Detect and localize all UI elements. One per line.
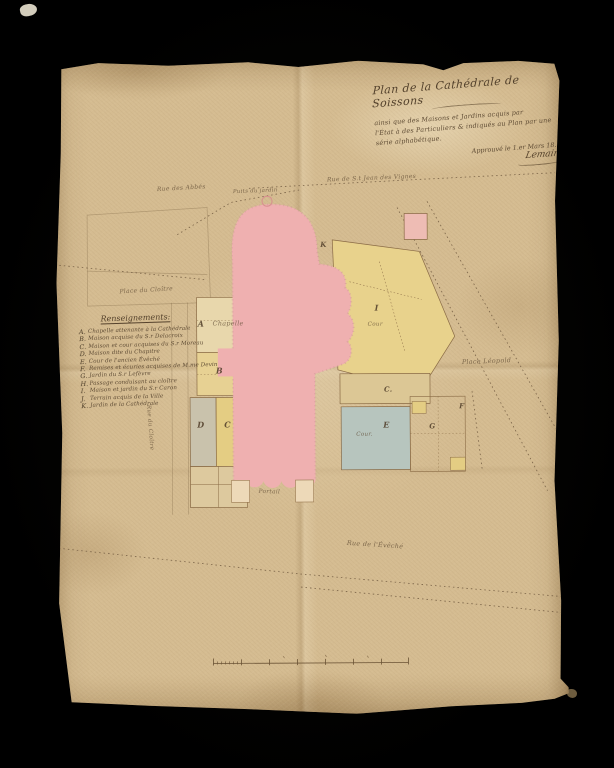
parcel-letter-b: B — [216, 366, 223, 374]
parcel-letter-i: I — [375, 304, 379, 312]
plan-sheet: Plan de la Cathédrale de Soissons ainsi … — [48, 51, 568, 722]
parcel-letter-c: C — [224, 420, 231, 428]
parcels-right — [332, 213, 465, 472]
title-block: Plan de la Cathédrale de Soissons ainsi … — [371, 70, 567, 177]
place-label-right: Place Léopold — [462, 357, 512, 366]
cour-label-e: Cour. — [356, 433, 373, 439]
garden-well-circle — [262, 196, 272, 206]
legend: Renseignements: A.Chapelle attenante à l… — [78, 310, 231, 410]
parcel-letter-c2: C. — [384, 386, 393, 393]
portail-label: Portail — [258, 489, 280, 496]
west-tower-south — [295, 480, 313, 502]
parcel-letter-g: G — [429, 422, 435, 429]
chapelle-label: Chapelle — [213, 320, 244, 327]
cour-label-i: Cour — [368, 323, 383, 329]
cathedral-footprint — [217, 196, 355, 503]
street-label-bottom: Rue de l'Évêché — [347, 540, 404, 550]
legend-letter: K. — [81, 403, 90, 411]
parcel-letter-f: F — [459, 402, 464, 409]
street-label-top-right: Rue de S.t Jean des Vignes — [327, 174, 416, 184]
place-label-left: Place du Cloître — [119, 286, 173, 295]
west-tower-north — [231, 480, 249, 502]
parcel-letter-d: D — [197, 421, 204, 429]
garden-well-label: Puits du jardin — [233, 188, 278, 195]
scale-bar — [213, 654, 408, 665]
parcel-letter-a: A — [198, 320, 205, 328]
street-label-vertical: Rue du Cloître — [144, 405, 153, 451]
archival-photo-page: { "document": { "type": "Plan ancien aqu… — [0, 0, 614, 768]
parcel-letter-e: E — [383, 421, 389, 429]
parcel-letter-k: K — [320, 241, 326, 248]
legend-heading: Renseignements: — [100, 310, 228, 323]
street-label-top-left: Rue des Abbés — [157, 184, 206, 193]
